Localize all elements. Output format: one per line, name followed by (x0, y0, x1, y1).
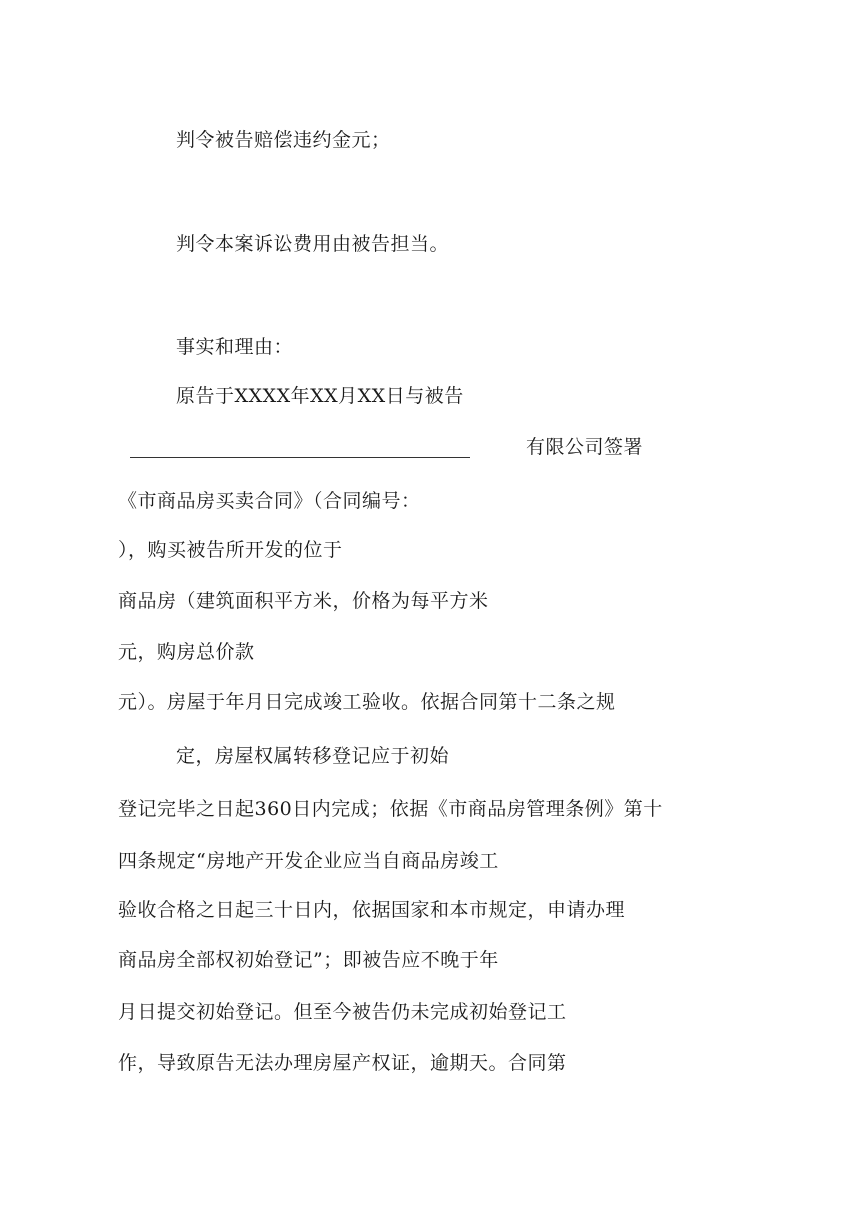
body-line: 四条规定“房地产开发企业应当自商品房竣工 (118, 849, 499, 873)
body-line: 元，购房总价款 (118, 640, 255, 664)
blank-underline (130, 457, 470, 458)
body-line: ），购买被告所开发的位于 (118, 538, 343, 562)
body-line: 登记完毕之日起360日内完成；依据《市商品房管理条例》第十 (118, 797, 663, 821)
body-line: 验收合格之日起三十日内，依据国家和本市规定，申请办理 (118, 898, 625, 922)
body-line: 商品房全部权初始登记”；即被告应不晚于年 (118, 948, 499, 972)
body-line: 元）。房屋于年月日完成竣工验收。依据合同第十二条之规 (118, 690, 616, 714)
body-line: 月日提交初始登记。但至今被告仍未完成初始登记工 (118, 1000, 567, 1024)
claim-costs-line: 判令本案诉讼费用由被告担当。 (176, 232, 449, 256)
body-line: 原告于XXXX年XX月XX日与被告 (176, 384, 464, 408)
body-line: 《市商品房买卖合同》（合同编号： (118, 489, 421, 513)
body-line: 有限公司签署 (526, 435, 643, 459)
body-line: 作，导致原告无法办理房屋产权证，逾期天。合同第 (118, 1051, 567, 1075)
facts-heading: 事实和理由： (176, 335, 293, 359)
body-line: 定，房屋权属转移登记应于初始 (176, 744, 449, 768)
claim-penalty-line: 判令被告赔偿违约金元； (176, 128, 391, 152)
body-line: 商品房（建筑面积平方米，价格为每平方米 (118, 589, 489, 613)
